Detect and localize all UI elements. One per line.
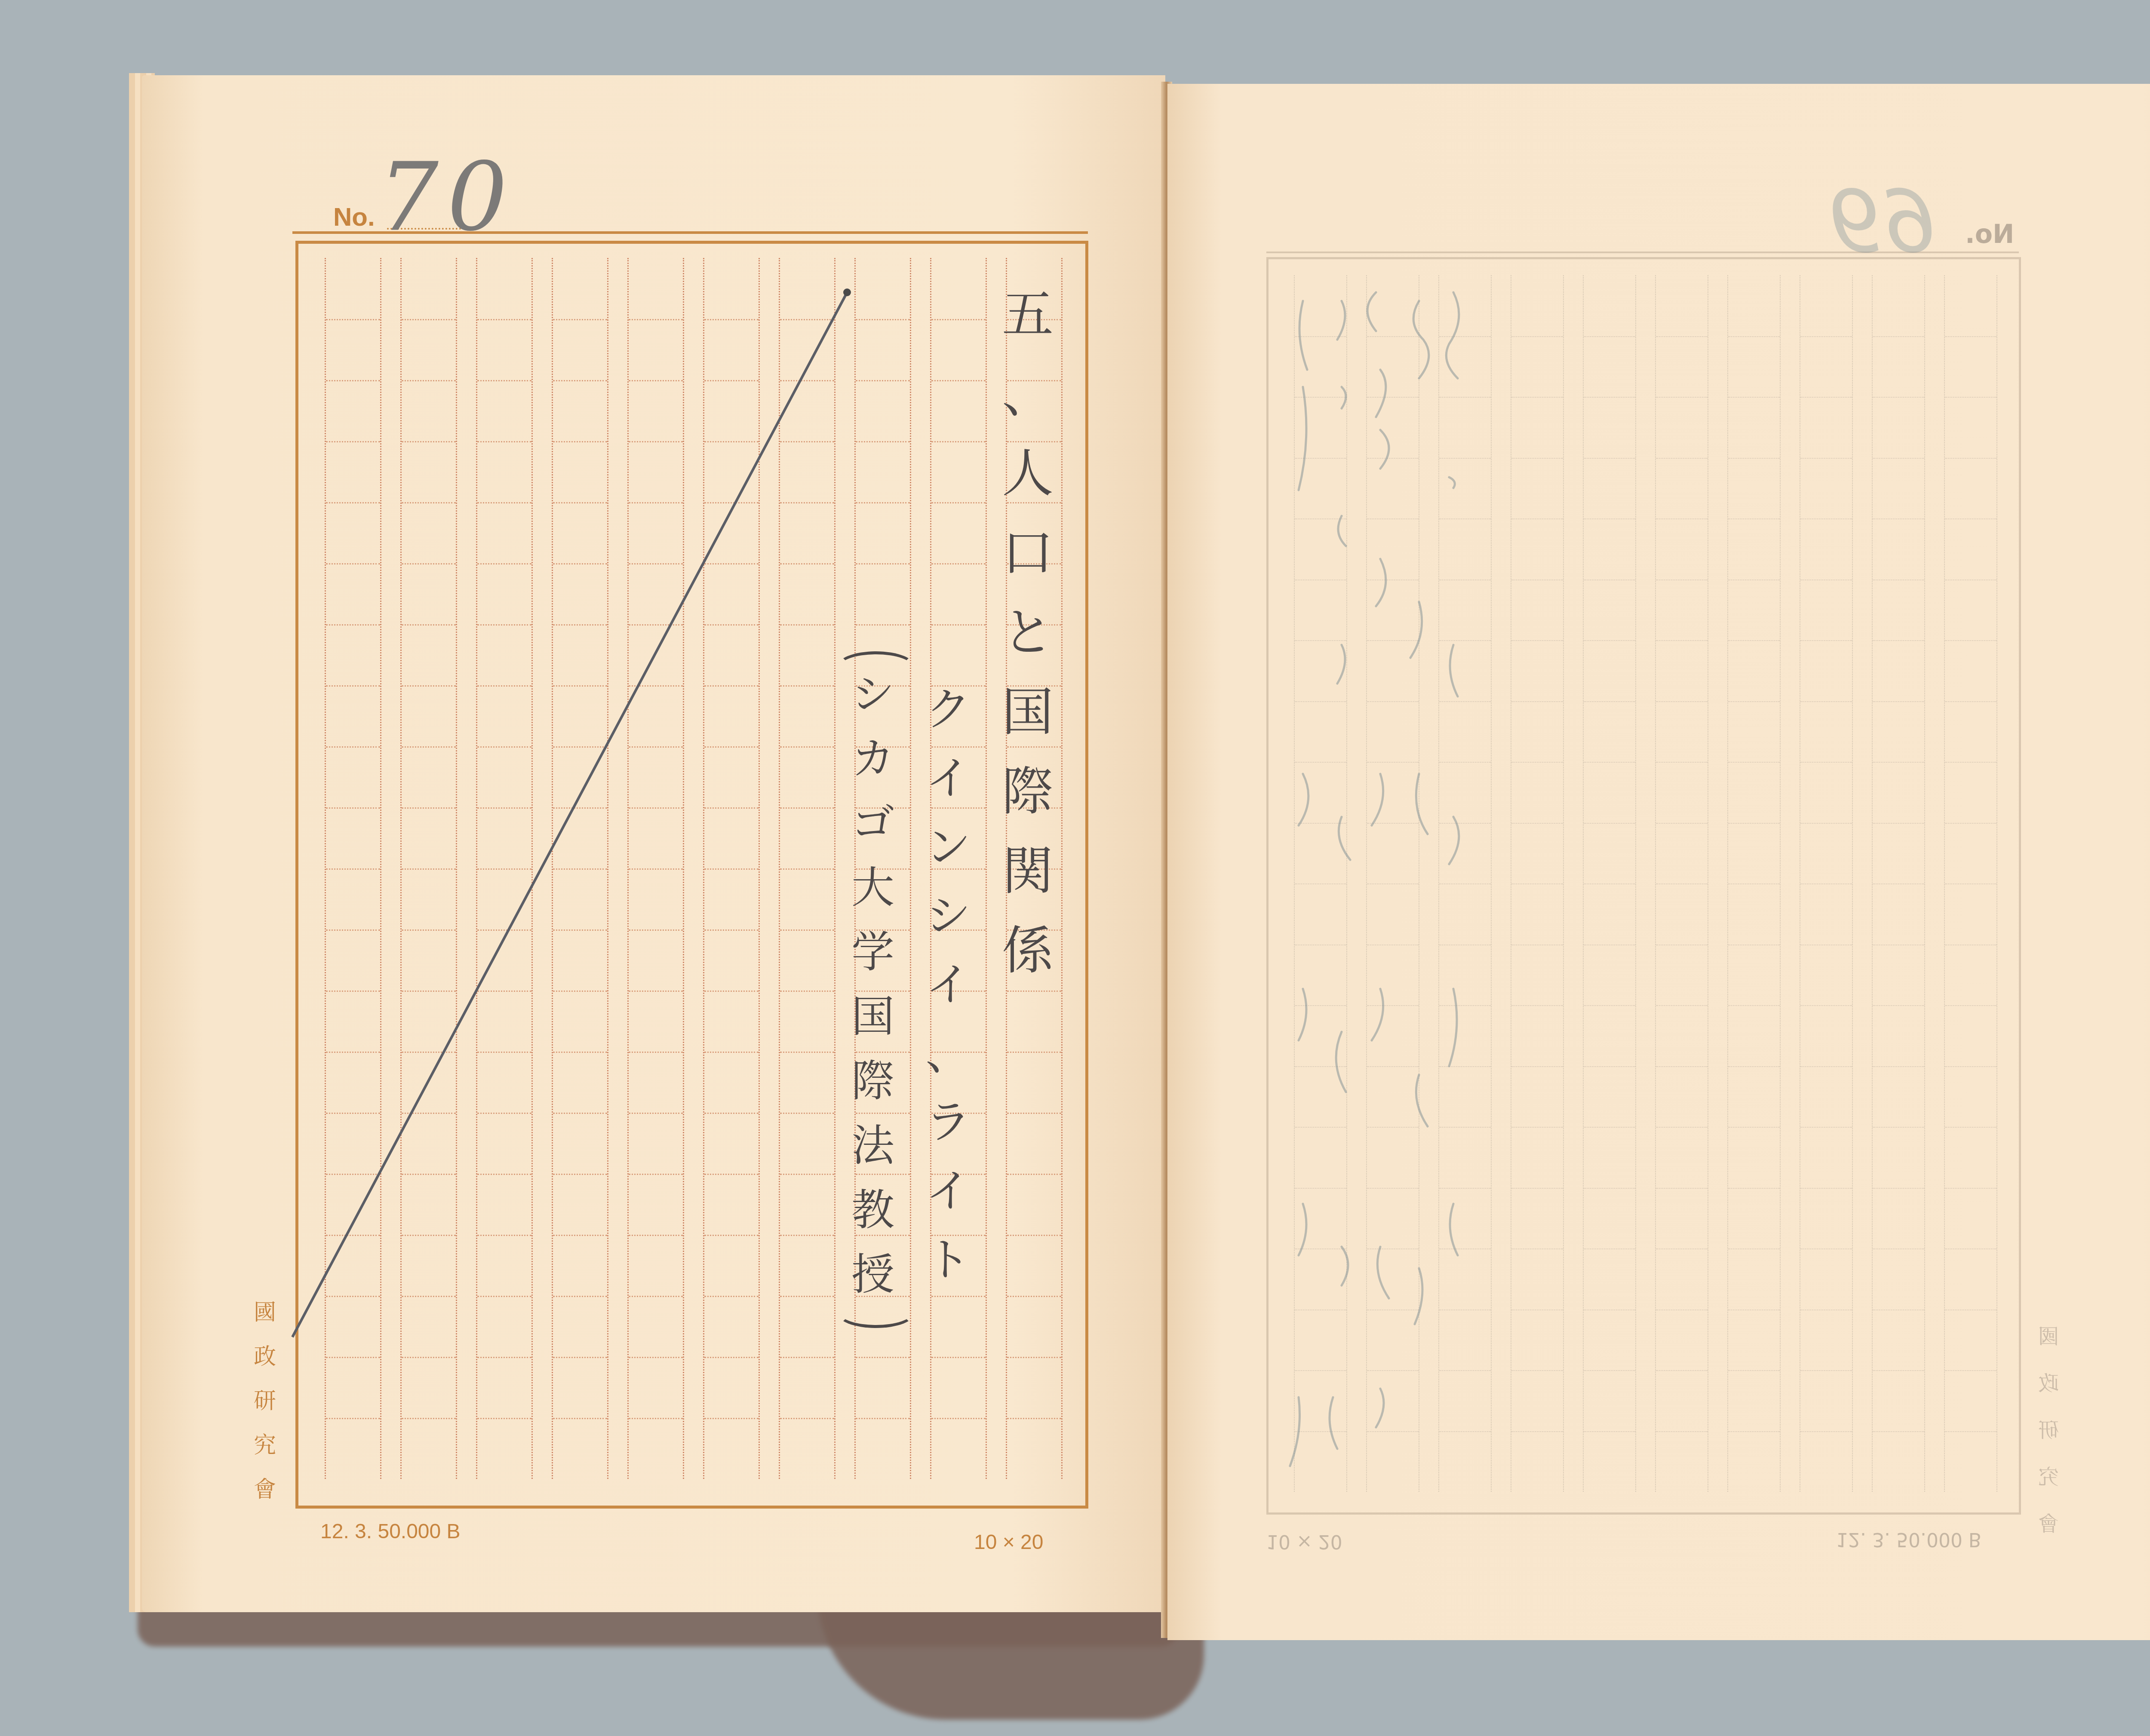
bleedthrough-handwriting bbox=[0, 0, 2150, 1736]
